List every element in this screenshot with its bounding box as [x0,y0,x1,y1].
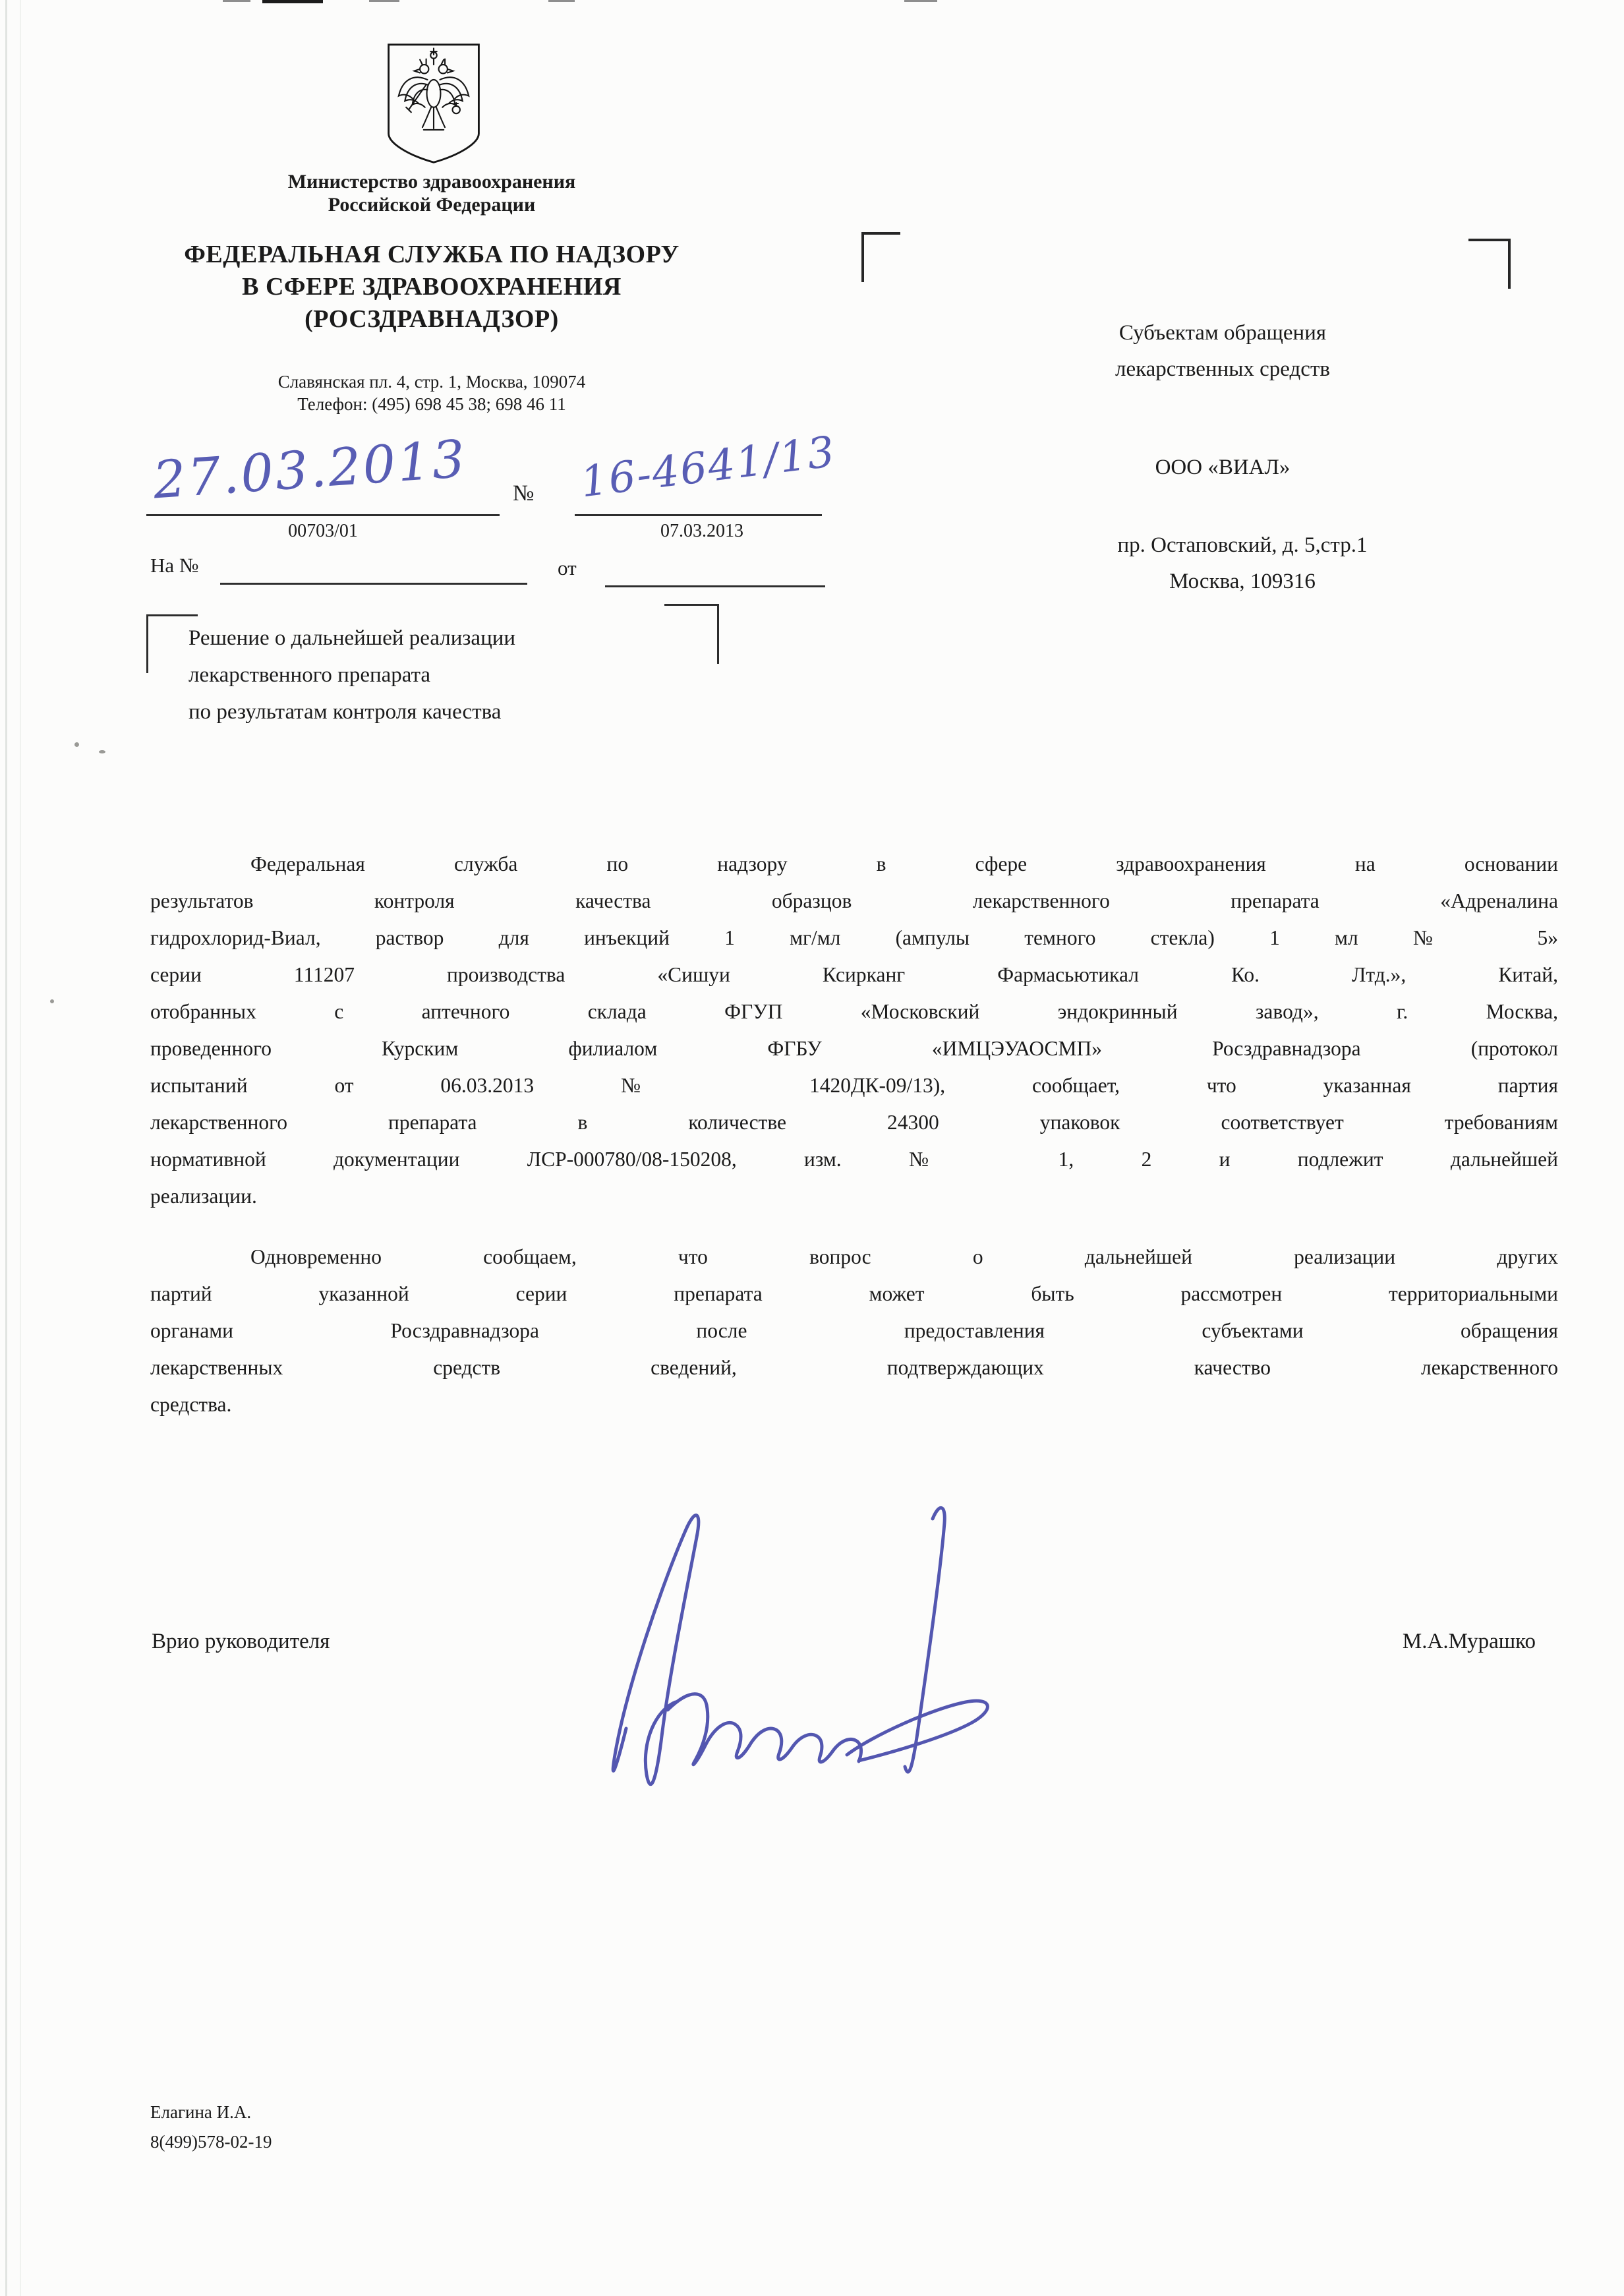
body-line: лекарственных средств сведений, подтверж… [150,1349,1558,1386]
executor-block: Елагина И.А. 8(499)578-02-19 [150,2098,272,2157]
body-line: проведенного Курским филиалом ФГБУ «ИМЦЭ… [150,1030,1558,1067]
scan-edge-line [5,0,7,2296]
number-sign: № [513,481,534,506]
scanned-letter-page: Министерство здравоохранения Российской … [0,0,1624,2296]
reply-date-rule [605,585,825,587]
scan-top-mark-2 [223,0,250,2]
executor-phone: 8(499)578-02-19 [150,2127,272,2157]
recipient-company: ООО «ВИАЛ» [923,450,1522,486]
body-line: отобранных с аптечного склада ФГУП «Моск… [150,993,1558,1030]
body-line: гидрохлорид-Виал, раствор для инъекций 1… [150,920,1558,957]
reply-from-label: от [558,556,577,580]
recipient-address-line-1: пр. Остаповский, д. 5,стр.1 [942,527,1542,564]
body-line: партий указанной серии препарата может б… [150,1276,1558,1312]
body-paragraph-2: Одновременно сообщаем, что вопрос о даль… [150,1239,1558,1423]
double-headed-eagle-icon [381,41,486,166]
letterhead-phone: Телефон: (495) 698 45 38; 698 46 11 [66,393,797,415]
body-paragraph-1: Федеральная служба по надзору в сфере зд… [150,846,1558,1423]
scan-top-mark-5 [904,0,937,2]
internal-number: 00703/01 [198,521,448,542]
letterhead-address-block: Славянская пл. 4, стр. 1, Москва, 109074… [66,370,797,415]
subject-block: Решение о дальнейшей реализации лекарств… [188,620,782,730]
body-line: нормативной документации ЛСР-000780/08-1… [150,1141,1558,1178]
recipient-line-1: Субъектам обращения [923,315,1522,351]
date-rule-line [146,514,500,516]
scan-speck-2 [99,750,105,753]
letterhead-address: Славянская пл. 4, стр. 1, Москва, 109074 [66,370,797,393]
body-line: серии 111207 производства «Сишуи Ксиркан… [150,957,1558,993]
coat-of-arms-emblem [381,41,486,166]
body-line: лекарственного препарата в количестве 24… [150,1104,1558,1141]
service-heading: ФЕДЕРАЛЬНАЯ СЛУЖБА ПО НАДЗОРУ В СФЕРЕ ЗД… [66,239,797,336]
recipient-bracket-right [1468,239,1511,289]
handwritten-outgoing-date: 27.03.2013 [151,429,469,510]
body-line: Одновременно сообщаем, что вопрос о даль… [150,1239,1558,1276]
handwritten-outgoing-number: 16-4641/13 [578,428,838,508]
subject-line-3: по результатам контроля качества [188,693,782,730]
scan-speck [74,742,79,747]
scan-edge-line-2 [20,0,21,2296]
ministry-line-1: Министерство здравоохранения [66,170,797,193]
scan-top-mark [262,0,323,3]
subject-line-1: Решение о дальнейшей реализации [188,620,782,657]
body-line: испытаний от 06.03.2013 № 1420ДК-09/13),… [150,1067,1558,1104]
body-line: результатов контроля качества образцов л… [150,883,1558,920]
scan-top-mark-4 [548,0,575,2]
body-line: реализации. [150,1178,1558,1215]
body-line: средства. [150,1386,1558,1423]
handwritten-signature [564,1491,1018,1808]
service-line-1: ФЕДЕРАЛЬНАЯ СЛУЖБА ПО НАДЗОРУ [66,239,797,271]
body-line: органами Росздравнадзора после предостав… [150,1312,1558,1349]
signer-title: Врио руководителя [152,1630,330,1654]
scan-speck-3 [50,999,54,1003]
signer-name: М.А.Мурашко [1272,1630,1536,1654]
executor-name: Елагина И.А. [150,2098,272,2127]
ministry-line-2: Российской Федерации [66,193,797,216]
service-line-2: В СФЕРЕ ЗДРАВООХРАНЕНИЯ [66,271,797,303]
recipient-address-line-2: Москва, 109316 [942,564,1542,600]
ministry-heading: Министерство здравоохранения Российской … [66,170,797,216]
subject-line-2: лекарственного препарата [188,657,782,693]
recipient-block: Субъектам обращения лекарственных средст… [923,315,1522,388]
signature-ink-icon [564,1491,1018,1808]
recipient-bracket-left [861,232,900,282]
internal-date: 07.03.2013 [616,521,788,542]
reply-number-rule [220,583,527,585]
number-rule-line [575,514,822,516]
recipient-line-2: лекарственных средств [923,351,1522,388]
reply-to-label: На № [150,554,198,577]
scan-top-mark-3 [369,0,399,2]
recipient-address-block: пр. Остаповский, д. 5,стр.1 Москва, 1093… [942,527,1542,600]
service-line-3: (РОСЗДРАВНАДЗОР) [66,303,797,336]
body-line: Федеральная служба по надзору в сфере зд… [150,846,1558,883]
